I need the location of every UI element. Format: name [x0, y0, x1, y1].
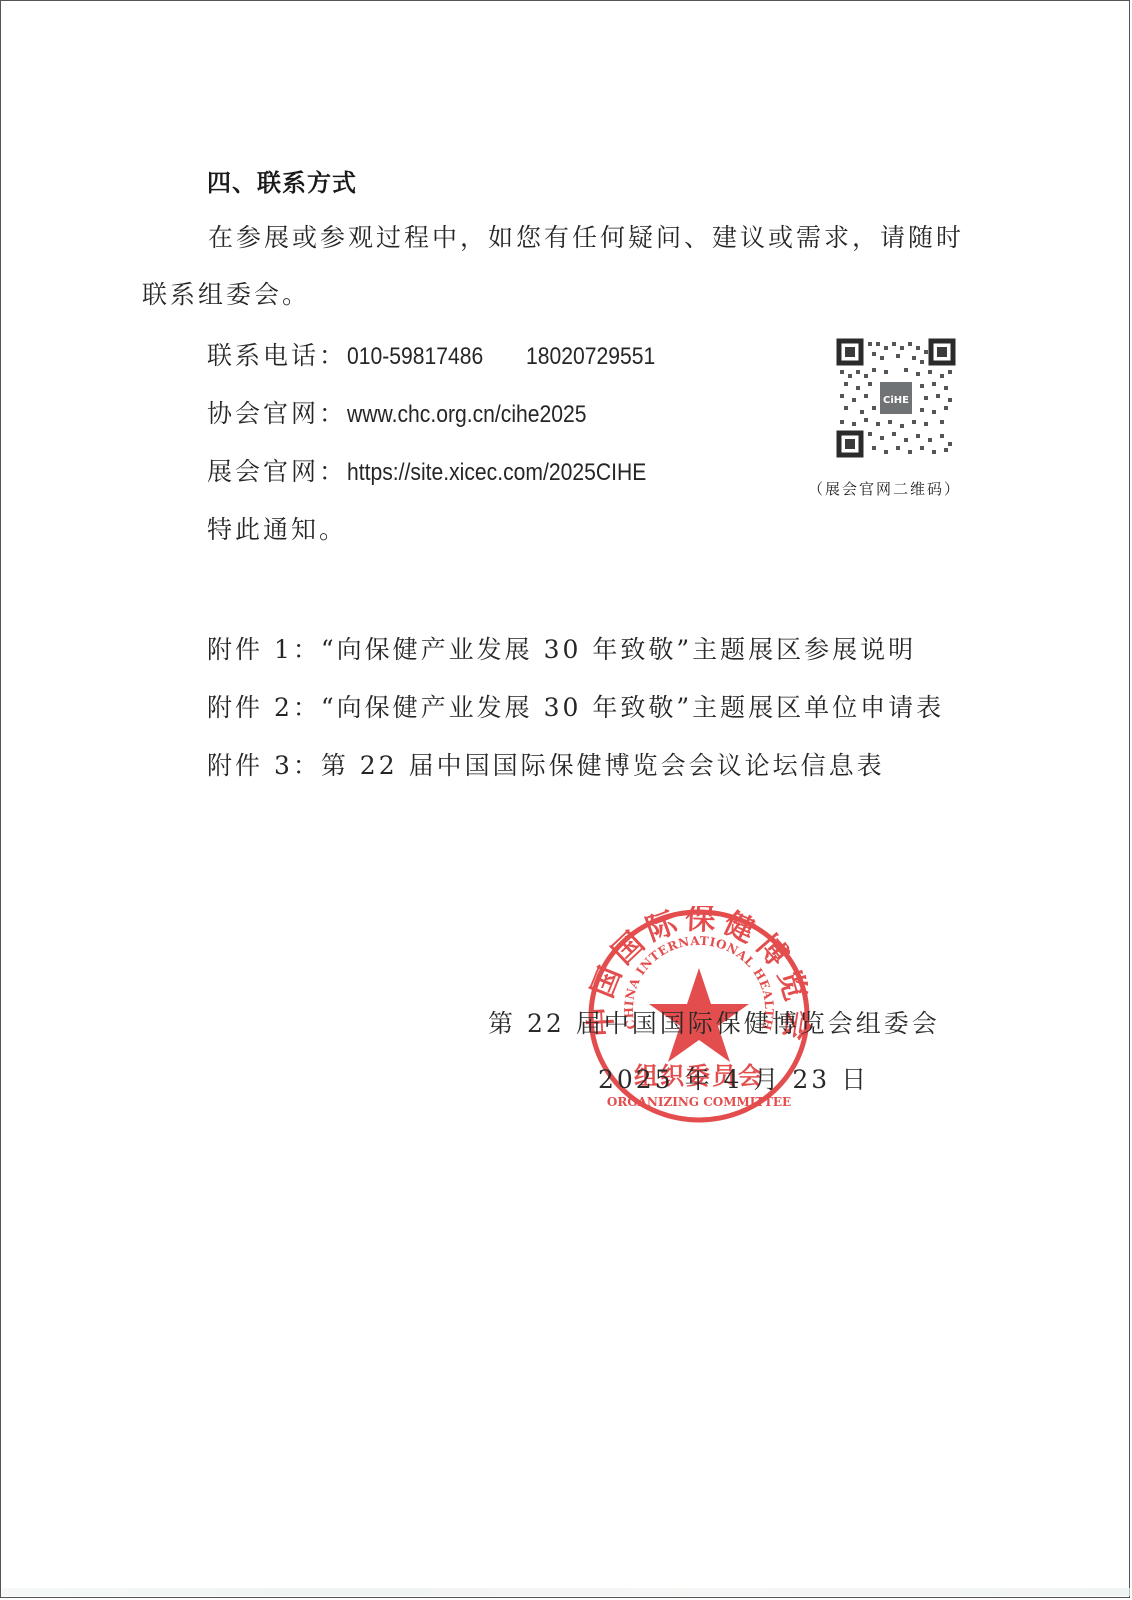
assoc-site-label: 协会官网：	[207, 399, 347, 428]
intro-paragraph-line-1: 在参展或参观过程中，如您有任何疑问、建议或需求，请随时	[208, 222, 964, 254]
attachment-label: 附件 3：	[207, 751, 321, 780]
qr-caption: （展会官网二维码）	[808, 478, 961, 499]
scan-artifact-strip	[2, 1588, 1130, 1596]
qr-logo-text: CiHE	[883, 395, 909, 406]
assoc-site-link[interactable]: www.chc.org.cn/cihe2025	[347, 399, 586, 431]
qr-code: CiHE	[836, 338, 956, 458]
attachment-title: “向保健产业发展 30 年致敬”主题展区单位申请表	[321, 693, 944, 722]
attachment-label: 附件 2：	[207, 693, 321, 722]
attachment-item: 附件 1：“向保健产业发展 30 年致敬”主题展区参展说明	[207, 634, 916, 666]
attachment-item: 附件 3：第 22 届中国国际保健博览会会议论坛信息表	[207, 750, 885, 782]
contact-phone-row: 联系电话：010-5981748618020729551	[207, 340, 673, 373]
intro-paragraph-line-2: 联系组委会。	[142, 279, 310, 311]
expo-site-label: 展会官网：	[207, 457, 347, 486]
attachment-label: 附件 1：	[207, 635, 321, 664]
attachment-item: 附件 2：“向保健产业发展 30 年致敬”主题展区单位申请表	[207, 692, 944, 724]
closing-text: 特此通知。	[207, 514, 347, 546]
signature-date: 2025 年 4 月 23 日	[598, 1060, 869, 1096]
contact-expo-site-row: 展会官网：https://site.xicec.com/2025CIHE	[207, 456, 687, 489]
phone-number-2: 18020729551	[526, 341, 655, 373]
attachment-title: “向保健产业发展 30 年致敬”主题展区参展说明	[321, 635, 916, 664]
contact-assoc-site-row: 协会官网：www.chc.org.cn/cihe2025	[207, 398, 619, 431]
expo-site-link[interactable]: https://site.xicec.com/2025CIHE	[347, 457, 646, 489]
phone-label: 联系电话：	[207, 341, 347, 370]
attachment-title: 第 22 届中国国际保健博览会会议论坛信息表	[321, 751, 885, 780]
seal-bottom-text: ORGANIZING COMMITTEE	[607, 1095, 791, 1109]
qr-code-icon: CiHE	[836, 338, 956, 458]
signature-organization: 第 22 届中国国际保健博览会组委会	[488, 1004, 940, 1040]
section-heading: 四、联系方式	[207, 167, 357, 199]
phone-number-1: 010-59817486	[347, 341, 483, 373]
